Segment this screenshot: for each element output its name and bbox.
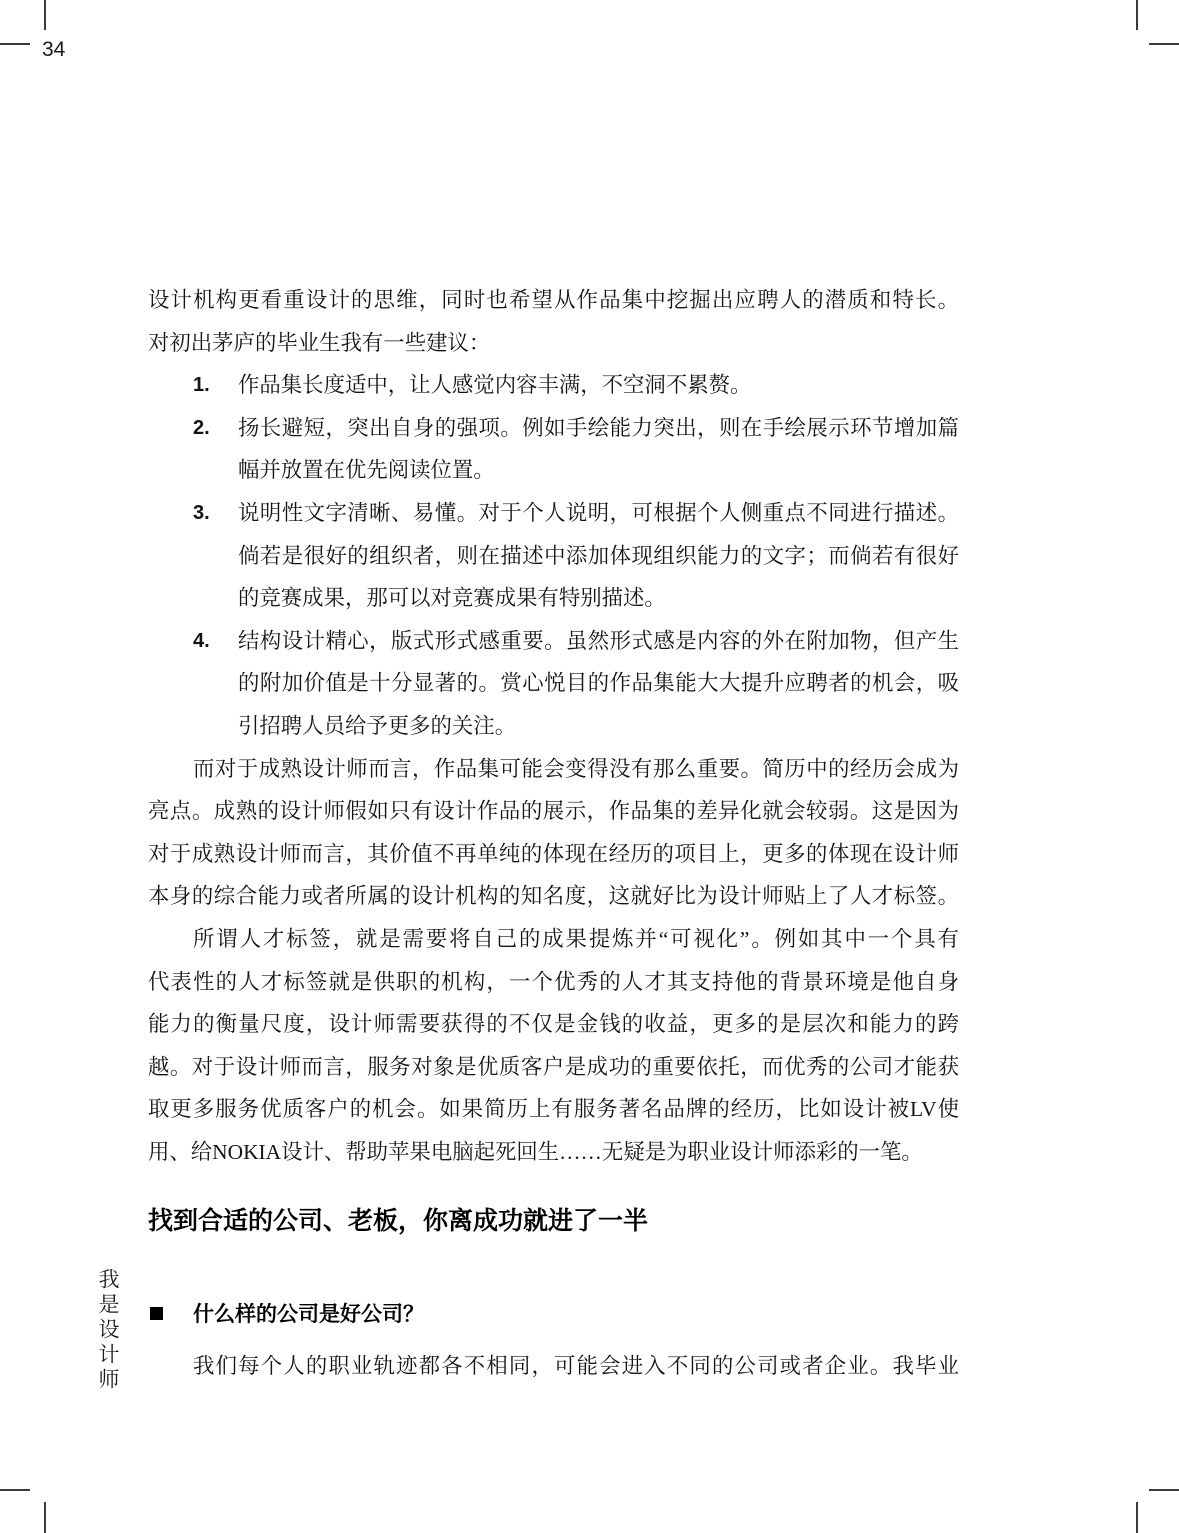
text-line: 的竞赛成果，那可以对竞赛成果有特别描述。 — [148, 577, 959, 620]
list-item-1: 1. 作品集长度适中，让人感觉内容丰满，不空洞不累赘。 — [148, 364, 959, 407]
list-number: 2. — [148, 407, 238, 450]
text-line: 所谓人才标签，就是需要将自己的成果提炼并“可视化”。例如其中一个具有 — [148, 918, 959, 961]
body-text-column: 设计机构更看重设计的思维，同时也希望从作品集中挖掘出应聘人的潜质和特长。 对初出… — [148, 279, 959, 1173]
subsection-heading: 什么样的公司是好公司？ — [150, 1298, 424, 1328]
square-bullet-icon — [150, 1307, 163, 1320]
text-line: 能力的衡量尺度，设计师需要获得的不仅是金钱的收益，更多的是层次和能力的跨 — [148, 1003, 959, 1046]
text-line: 作品集长度适中，让人感觉内容丰满，不空洞不累赘。 — [238, 364, 959, 407]
text-line: 设计机构更看重设计的思维，同时也希望从作品集中挖掘出应聘人的潜质和特长。 — [148, 279, 959, 322]
list-item-4: 4. 结构设计精心，版式形式感重要。虽然形式感是内容的外在附加物，但产生 — [148, 620, 959, 663]
text-line: 用、给NOKIA设计、帮助苹果电脑起死回生……无疑是为职业设计师添彩的一笔。 — [148, 1131, 959, 1174]
crop-mark-top-left-v — [44, 0, 46, 30]
crop-mark-top-left-h — [0, 43, 30, 45]
text-line: 取更多服务优质客户的机会。如果简历上有服务著名品牌的经历，比如设计被LV使 — [148, 1088, 959, 1131]
text-line: 代表性的人才标签就是供职的机构，一个优秀的人才其支持他的背景环境是他自身 — [148, 961, 959, 1004]
crop-mark-bottom-right-h — [1149, 1489, 1179, 1491]
section-heading: 找到合适的公司、老板，你离成功就进了一半 — [148, 1203, 968, 1239]
text-line: 亮点。成熟的设计师假如只有设计作品的展示，作品集的差异化就会较弱。这是因为 — [148, 790, 959, 833]
text-line: 引招聘人员给予更多的关注。 — [148, 705, 959, 748]
page-number: 34 — [42, 38, 65, 62]
list-number: 3. — [148, 492, 238, 535]
text-line: 而对于成熟设计师而言，作品集可能会变得没有那么重要。简历中的经历会成为 — [148, 748, 959, 791]
text-line: 说明性文字清晰、易懂。对于个人说明，可根据个人侧重点不同进行描述。 — [238, 492, 959, 535]
list-item-2: 2. 扬长避短，突出自身的强项。例如手绘能力突出，则在手绘展示环节增加篇 — [148, 407, 959, 450]
list-item-3: 3. 说明性文字清晰、易懂。对于个人说明，可根据个人侧重点不同进行描述。 — [148, 492, 959, 535]
crop-mark-top-right-h — [1149, 43, 1179, 45]
text-line: 我们每个人的职业轨迹都各不相同，可能会进入不同的公司或者企业。我毕业 — [148, 1345, 959, 1388]
list-number: 1. — [148, 364, 238, 407]
crop-mark-bottom-right-v — [1136, 1502, 1138, 1533]
text-line: 倘若是很好的组织者，则在描述中添加体现组织能力的文字；而倘若有很好 — [148, 535, 959, 578]
crop-mark-bottom-left-v — [44, 1502, 46, 1533]
crop-mark-bottom-left-h — [0, 1489, 30, 1491]
text-line: 扬长避短，突出自身的强项。例如手绘能力突出，则在手绘展示环节增加篇 — [238, 407, 959, 450]
text-line: 本身的综合能力或者所属的设计机构的知名度，这就好比为设计师贴上了人才标签。 — [148, 875, 959, 918]
paragraph-line: 我们每个人的职业轨迹都各不相同，可能会进入不同的公司或者企业。我毕业 — [148, 1345, 959, 1388]
crop-mark-top-right-v — [1136, 0, 1138, 30]
book-page: 34 设计机构更看重设计的思维，同时也希望从作品集中挖掘出应聘人的潜质和特长。 … — [0, 0, 1179, 1533]
sidebar-vertical-title: 我是设计师 — [92, 1268, 122, 1408]
subsection-title: 什么样的公司是好公司？ — [193, 1298, 424, 1328]
text-line: 对初出茅庐的毕业生我有一些建议： — [148, 322, 959, 365]
text-line: 对于成熟设计师而言，其价值不再单纯的体现在经历的项目上，更多的体现在设计师 — [148, 833, 959, 876]
text-line: 幅并放置在优先阅读位置。 — [148, 449, 959, 492]
text-line: 的附加价值是十分显著的。赏心悦目的作品集能大大提升应聘者的机会，吸 — [148, 662, 959, 705]
text-line: 结构设计精心，版式形式感重要。虽然形式感是内容的外在附加物，但产生 — [238, 620, 959, 663]
list-number: 4. — [148, 620, 238, 663]
text-line: 越。对于设计师而言，服务对象是优质客户是成功的重要依托，而优秀的公司才能获 — [148, 1046, 959, 1089]
